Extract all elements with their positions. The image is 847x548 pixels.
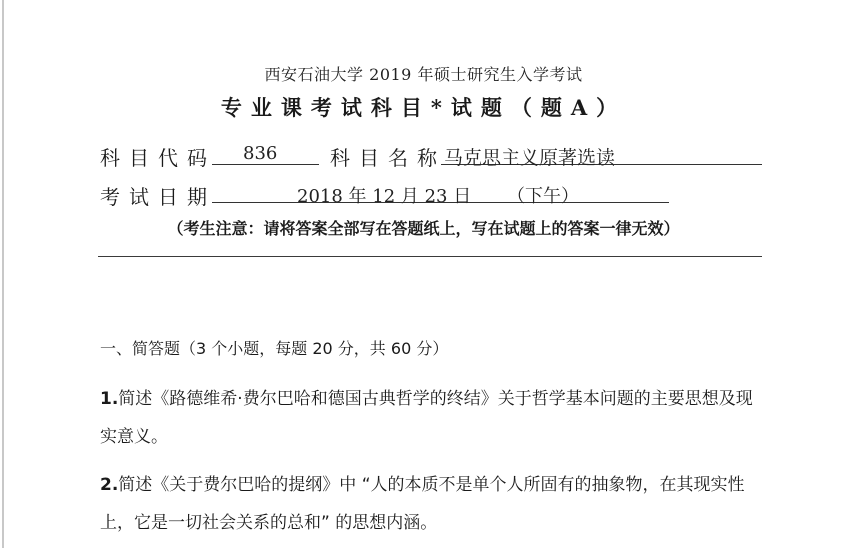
question-number: 2. [100, 475, 118, 495]
section-heading: 一、简答题（3 个小题，每题 20 分，共 60 分） [100, 336, 448, 359]
question-number: 1. [100, 389, 118, 409]
exam-date-label: 考试日期 [100, 181, 216, 210]
header-divider [98, 256, 762, 257]
question-1: 1.简述《路德维希·费尔巴哈和德国古典哲学的终结》关于哲学基本问题的主要思想及现… [100, 380, 765, 456]
subject-name-value: 马克思主义原著选读 [444, 143, 615, 170]
subject-code-label: 科目代码 [100, 142, 216, 171]
question-text: 简述《关于费尔巴哈的提纲》中 “人的本质不是单个人所固有的抽象物，在其现实性上，… [100, 475, 745, 533]
exam-header: 西安石油大学 2019 年硕士研究生入学考试 [0, 62, 847, 85]
exam-session-value: （下午） [507, 182, 579, 208]
exam-date-value: 2018 年 12 月 23 日 [297, 182, 471, 208]
exam-title: 专业课考试科目*试题（题A） [0, 92, 847, 122]
question-2: 2.简述《关于费尔巴哈的提纲》中 “人的本质不是单个人所固有的抽象物，在其现实性… [100, 466, 765, 542]
candidate-notice: （考生注意：请将答案全部写在答题纸上，写在试题上的答案一律无效） [0, 216, 847, 239]
question-text: 简述《路德维希·费尔巴哈和德国古典哲学的终结》关于哲学基本问题的主要思想及现实意… [100, 389, 753, 447]
subject-code-value: 836 [243, 143, 277, 164]
subject-name-label: 科目名称 [330, 142, 446, 171]
